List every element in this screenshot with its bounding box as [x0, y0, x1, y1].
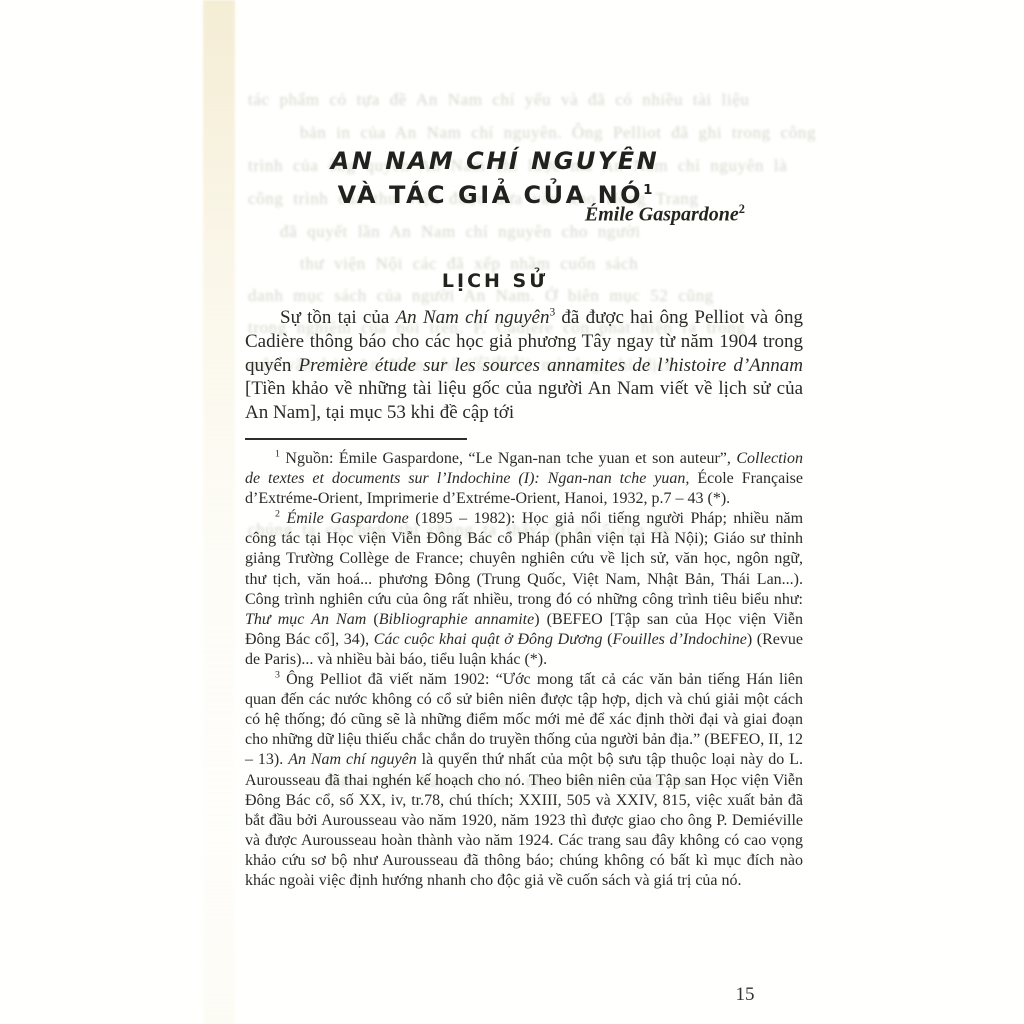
author-name: Émile Gaspardone: [585, 204, 739, 226]
author-footnote-ref: 2: [739, 202, 745, 216]
article-title: AN NAM CHÍ NGUYÊN VÀ TÁC GIẢ CỦA NÓ1: [245, 146, 745, 210]
title-footnote-ref: 1: [643, 183, 652, 198]
article-title-line1: AN NAM CHÍ NGUYÊN: [245, 146, 745, 176]
footnote-1: 1 Nguồn: Émile Gaspardone, “Le Ngan-nan …: [245, 449, 803, 509]
footnote-3: 3 Ông Pelliot đã viết năm 1902: “Ước mon…: [245, 670, 803, 891]
footnotes-block: 1 Nguồn: Émile Gaspardone, “Le Ngan-nan …: [245, 449, 803, 891]
page-number: 15: [700, 984, 790, 1006]
footnote-separator: [245, 438, 467, 440]
body-paragraph: Sự tồn tại của An Nam chí nguyên3 đã đượ…: [245, 306, 803, 425]
section-heading: LỊCH SỬ: [245, 270, 745, 292]
page-content: AN NAM CHÍ NGUYÊN VÀ TÁC GIẢ CỦA NÓ1 Émi…: [0, 0, 1024, 1024]
footnote-2: 2 Émile Gaspardone (1895 – 1982): Học gi…: [245, 509, 803, 670]
book-page-scan: tác phẩm có tựa đề An Nam chí yếu và đã …: [0, 0, 1024, 1024]
author-byline: Émile Gaspardone2: [245, 202, 745, 227]
